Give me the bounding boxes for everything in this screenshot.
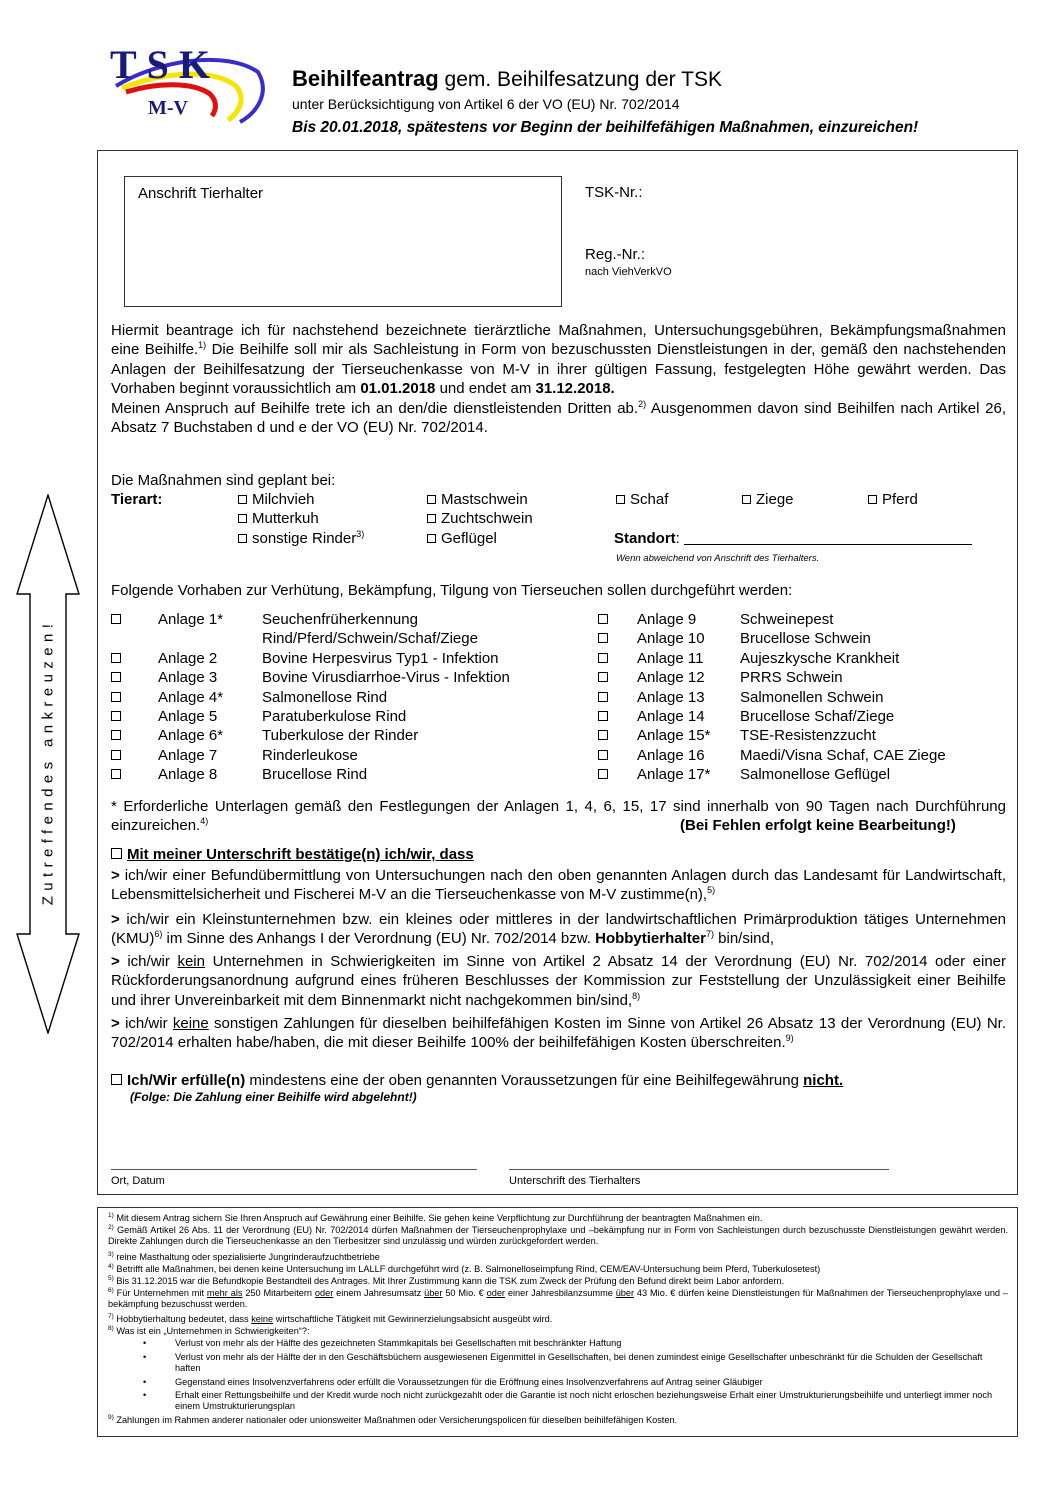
declaration-item: > ich/wir einer Befundübermittlung von U…: [111, 866, 1006, 905]
emphasis: nicht.: [803, 1072, 843, 1089]
footnote-bullet: •Erhalt einer Rettungsbeihilfe und der K…: [143, 1390, 1005, 1413]
footnote-ref: 8): [632, 991, 640, 1001]
checkbox[interactable]: [616, 495, 625, 504]
footnote-text: einem Jahresumsatz: [333, 1288, 424, 1298]
measure-name: Anlage 4*: [158, 688, 223, 707]
bullet-text: Verlust von mehr als der Hälfte der in d…: [175, 1352, 1005, 1375]
declaration-text: im Sinne des Anhangs I der Verordnung (E…: [162, 930, 595, 947]
footnote-text: 50 Mio. €: [442, 1288, 486, 1298]
footnote-ref: 2): [638, 399, 646, 409]
measure-description: Salmonellose Rind: [262, 688, 387, 707]
measure-name: Anlage 11: [637, 649, 703, 668]
title-rest: gem. Beihilfesatzung der TSK: [439, 68, 722, 91]
footnote-ref: 3): [356, 529, 364, 539]
footnote-ref: 9): [786, 1033, 794, 1043]
animal-option-sonstige-rinder[interactable]: sonstige Rinder3): [238, 530, 364, 547]
end-date: 31.12.2018.: [535, 380, 614, 397]
measure-option[interactable]: Anlage 10Brucellose Schwein: [598, 629, 613, 648]
footnote-text: Zahlungen im Rahmen anderer nationaler o…: [114, 1415, 677, 1425]
start-date: 01.01.2018: [360, 380, 435, 397]
animal-label: Ziege: [756, 491, 794, 508]
measure-option[interactable]: Anlage 2Bovine Herpesvirus Typ1 - Infekt…: [111, 649, 126, 668]
footnote-bullet: •Verlust von mehr als der Hälfte der in …: [143, 1352, 1005, 1375]
animal-label: Milchvieh: [252, 491, 315, 508]
checkbox[interactable]: [598, 711, 608, 721]
hobbytierhalter-term: Hobbytierhalter: [595, 930, 706, 947]
emphasis: keine: [251, 1314, 273, 1324]
measure-description: Paratuberkulose Rind: [262, 707, 406, 726]
declaration-text: Unternehmen in Schwierigkeiten im Sinne …: [111, 953, 1006, 1009]
bullet-marker: >: [111, 953, 120, 970]
emphasis: oder: [487, 1288, 505, 1298]
measures-intro: Folgende Vorhaben zur Verhütung, Bekämpf…: [111, 582, 792, 599]
checkbox[interactable]: [598, 672, 608, 682]
standort-label: Standort: [614, 530, 676, 547]
bullet-icon: •: [143, 1377, 146, 1388]
emphasis: keine: [173, 1015, 209, 1032]
footnote-text: Gemäß Artikel 26 Abs. 11 der Verordnung …: [108, 1225, 1008, 1246]
animal-option-mutterkuh[interactable]: Mutterkuh: [238, 510, 319, 527]
footnote-text: Was ist ein „Unternehmen in Schwierigkei…: [114, 1326, 310, 1336]
bullet-marker: >: [111, 1015, 120, 1032]
measure-description: Brucellose Schaf/Ziege: [740, 707, 894, 726]
footnote-ref: 4): [200, 816, 208, 826]
animal-label: Pferd: [882, 491, 918, 508]
measure-name: Anlage 7: [158, 746, 217, 765]
declaration-item: > ich/wir kein Unternehmen in Schwierigk…: [111, 952, 1006, 1010]
bullet-marker: >: [111, 867, 120, 884]
measure-description: PRRS Schwein: [740, 668, 843, 687]
checkbox[interactable]: [598, 730, 608, 740]
footnote-2: 2) Gemäß Artikel 26 Abs. 11 der Verordnu…: [108, 1225, 1008, 1248]
footnote-ref: 5): [707, 885, 715, 895]
measure-name: Anlage 13: [637, 688, 705, 707]
checkbox[interactable]: [238, 534, 247, 543]
emphasis: über: [616, 1288, 634, 1298]
footnote-3: 3) reine Masthaltung oder spezialisierte…: [108, 1252, 1008, 1263]
animal-label: Mutterkuh: [252, 510, 319, 527]
intro-text: Hiermit beantrage ich für nachstehend be…: [111, 321, 1006, 437]
checkbox[interactable]: [598, 750, 608, 760]
checkbox[interactable]: [598, 769, 608, 779]
footnote-text: einer Jahresbilanzsumme: [505, 1288, 616, 1298]
measure-name: Anlage 6*: [158, 726, 223, 745]
measure-description: Bovine Herpesvirus Typ1 - Infektion: [262, 649, 499, 668]
measure-option[interactable]: Anlage 4*Salmonellose Rind: [111, 688, 126, 707]
measure-name: Anlage 3: [158, 668, 217, 687]
footnote-ref: 7): [706, 929, 714, 939]
measure-option[interactable]: Anlage 3Bovine Virusdiarrhoe-Virus - Inf…: [111, 668, 126, 687]
checkbox[interactable]: [111, 769, 121, 779]
address-label: Anschrift Tierhalter: [138, 185, 263, 202]
measure-option[interactable]: Anlage 12PRRS Schwein: [598, 668, 613, 687]
footnote-7: 7) Hobbytierhaltung bedeutet, dass keine…: [108, 1314, 1008, 1325]
checkbox[interactable]: [598, 633, 608, 643]
animal-label: Geflügel: [441, 530, 497, 547]
logo-text-mv: M-V: [148, 97, 189, 119]
measure-description: Salmonellose Geflügel: [740, 765, 890, 784]
animal-label: Mastschwein: [441, 491, 528, 508]
footnote-text: 250 Mitarbeitern: [242, 1288, 314, 1298]
checkbox[interactable]: [598, 692, 608, 702]
declaration-text: ich/wir einer Befundübermittlung von Unt…: [111, 867, 1006, 903]
bullet-icon: •: [143, 1338, 146, 1349]
signature-label: Unterschrift des Tierhalters: [509, 1175, 640, 1187]
emphasis: über: [424, 1288, 442, 1298]
animal-option-pferd[interactable]: Pferd: [868, 491, 918, 508]
declaration-text: ich/wir: [120, 953, 178, 970]
checkbox[interactable]: [111, 750, 121, 760]
measure-description: Brucellose Schwein: [740, 629, 871, 648]
measure-description: Schweinepest: [740, 610, 833, 629]
measure-description: Aujeszkysche Krankheit: [740, 649, 899, 668]
required-documents-warning: (Bei Fehlen erfolgt keine Bearbeitung!): [680, 817, 956, 834]
emphasis: kein: [177, 953, 205, 970]
confirmation-heading: Mit meiner Unterschrift bestätige(n) ich…: [127, 846, 474, 863]
place-date-label: Ort, Datum: [111, 1175, 165, 1187]
measure-name: Anlage 16: [637, 746, 705, 765]
measure-option[interactable]: Anlage 6*Tuberkulose der Rinder: [111, 726, 126, 745]
intro-p1-c: und endet am: [435, 380, 535, 397]
checkbox[interactable]: [427, 534, 436, 543]
measure-option[interactable]: Anlage 1*Seuchenfrüherkennung: [111, 610, 126, 629]
measure-description: Seuchenfrüherkennung: [262, 610, 418, 629]
animal-option-mastschwein[interactable]: Mastschwein: [427, 491, 528, 508]
checkbox[interactable]: [111, 848, 122, 859]
declaration-item: > ich/wir ein Kleinstunternehmen bzw. ei…: [111, 910, 1006, 949]
footnote-text: Für Unternehmen mit: [114, 1288, 207, 1298]
measure-name: Anlage 8: [158, 765, 217, 784]
standort-field[interactable]: Standort:: [614, 530, 972, 547]
footnote-text: Bis 31.12.2015 war die Befundkopie Besta…: [114, 1276, 784, 1286]
declaration-text: ich/wir: [120, 1015, 173, 1032]
tsk-nr-field[interactable]: TSK-Nr.:: [585, 184, 643, 201]
standort-hint: Wenn abweichend von Anschrift des Tierha…: [616, 553, 819, 564]
measure-name: Anlage 14: [637, 707, 705, 726]
animal-option-milchvieh[interactable]: Milchvieh: [238, 491, 315, 508]
checkbox[interactable]: [598, 614, 608, 624]
reg-nr-field[interactable]: Reg.-Nr.:: [585, 246, 645, 263]
bullet-text: Gegenstand eines Insolvenzverfahrens ode…: [175, 1377, 1005, 1388]
checkbox[interactable]: [111, 672, 121, 682]
tierart-label: Tierart:: [111, 491, 162, 508]
checkbox[interactable]: [111, 692, 121, 702]
checkbox[interactable]: [238, 495, 247, 504]
measure-name: Anlage 1*: [158, 610, 223, 629]
measure-name: Anlage 17*: [637, 765, 710, 784]
consequence-note: (Folge: Die Zahlung einer Beihilfe wird …: [130, 1090, 417, 1104]
declaration-text: bin/sind,: [714, 930, 774, 947]
measure-description: Tuberkulose der Rinder: [262, 726, 418, 745]
deadline-notice: Bis 20.01.2018, spätestens vor Beginn de…: [292, 119, 918, 137]
measure-option[interactable]: Anlage 13Salmonellen Schwein: [598, 688, 613, 707]
footnote-text: Hobbytierhaltung bedeutet, dass: [114, 1314, 251, 1324]
footnote-8: 8) Was ist ein „Unternehmen in Schwierig…: [108, 1326, 1008, 1337]
declaration-text: sonstigen Zahlungen für dieselben beihil…: [111, 1015, 1006, 1051]
animal-label: Schaf: [630, 491, 668, 508]
not-fulfilled-bold: Ich/Wir erfülle(n): [127, 1072, 245, 1089]
measure-option[interactable]: Anlage 17*Salmonellose Geflügel: [598, 765, 613, 784]
measure-description: Bovine Virusdiarrhoe-Virus - Infektion: [262, 668, 510, 687]
standort-input[interactable]: [684, 530, 972, 545]
measure-option[interactable]: Anlage 5Paratuberkulose Rind: [111, 707, 126, 726]
measure-option[interactable]: Anlage 15*TSE-Resistenzzucht: [598, 726, 613, 745]
signature-input[interactable]: [509, 1169, 889, 1170]
checkbox[interactable]: [111, 614, 121, 624]
checkbox[interactable]: [427, 495, 436, 504]
footnote-ref: 1): [198, 340, 206, 350]
measure-description: Salmonellen Schwein: [740, 688, 883, 707]
measure-option[interactable]: Anlage 14Brucellose Schaf/Ziege: [598, 707, 613, 726]
footnote-9: 9) Zahlungen im Rahmen anderer nationale…: [108, 1415, 1008, 1426]
measure-name: Anlage 15*: [637, 726, 710, 745]
not-fulfilled-option[interactable]: Ich/Wir erfülle(n) mindestens eine der o…: [111, 1072, 843, 1089]
footnote-bullet: •Gegenstand eines Insolvenzverfahrens od…: [143, 1377, 1005, 1388]
emphasis: oder: [315, 1288, 333, 1298]
checkbox[interactable]: [238, 514, 247, 523]
tsk-logo: TSK M-V: [108, 42, 268, 124]
page-title: Beihilfeantrag gem. Beihilfesatzung der …: [292, 66, 722, 92]
measure-name: Anlage 12: [637, 668, 705, 687]
title-bold: Beihilfeantrag: [292, 66, 439, 91]
measure-name: Anlage 2: [158, 649, 217, 668]
footnote-text: Mit diesem Antrag sichern Sie Ihren Ansp…: [114, 1213, 763, 1223]
measure-description: Brucellose Rind: [262, 765, 367, 784]
logo-text-tsk: TSK: [110, 42, 220, 87]
checkbox[interactable]: [111, 730, 121, 740]
measure-description: Rinderleukose: [262, 746, 358, 765]
measure-name: Anlage 10: [637, 629, 705, 648]
reg-nr-hint: nach ViehVerkVO: [585, 266, 672, 278]
animal-label: sonstige Rinder: [252, 530, 356, 547]
measure-name: Anlage 9: [637, 610, 696, 629]
checkbox[interactable]: [598, 653, 608, 663]
measure-description: Rind/Pferd/Schwein/Schaf/Ziege: [262, 629, 478, 648]
footnote-5: 5) Bis 31.12.2015 war die Befundkopie Be…: [108, 1276, 1008, 1287]
checkbox[interactable]: [111, 711, 121, 721]
animal-option-zuchtschwein[interactable]: Zuchtschwein: [427, 510, 533, 527]
footnote-1: 1) Mit diesem Antrag sichern Sie Ihren A…: [108, 1213, 1008, 1224]
declaration-item: > ich/wir keine sonstigen Zahlungen für …: [111, 1014, 1006, 1053]
checkbox[interactable]: [742, 495, 751, 504]
footnote-text: Betrifft alle Maßnahmen, bei denen keine…: [114, 1264, 820, 1274]
page-subtitle: unter Berücksichtigung von Artikel 6 der…: [292, 96, 680, 112]
measure-option[interactable]: Anlage 16Maedi/Visna Schaf, CAE Ziege: [598, 746, 613, 765]
not-fulfilled-text: mindestens eine der oben genannten Vorau…: [245, 1072, 803, 1089]
footnote-bullet: •Verlust von mehr als der Hälfte des gez…: [143, 1338, 1005, 1349]
measure-option[interactable]: Anlage 8Brucellose Rind: [111, 765, 126, 784]
measure-description: Maedi/Visna Schaf, CAE Ziege: [740, 746, 946, 765]
animal-option-schaf[interactable]: Schaf: [616, 491, 668, 508]
animal-label: Zuchtschwein: [441, 510, 533, 527]
measure-option[interactable]: Anlage 7Rinderleukose: [111, 746, 126, 765]
intro-p2-a: Meinen Anspruch auf Beihilfe trete ich a…: [111, 400, 638, 417]
checkbox[interactable]: [868, 495, 877, 504]
emphasis: mehr als: [207, 1288, 243, 1298]
side-instruction: Zutreffendes ankreuzen!: [40, 619, 57, 906]
bullet-icon: •: [143, 1390, 146, 1401]
confirmation-option[interactable]: Mit meiner Unterschrift bestätige(n) ich…: [111, 846, 474, 863]
checkbox[interactable]: [111, 653, 121, 663]
footnote-4: 4) Betrifft alle Maßnahmen, bei denen ke…: [108, 1264, 1008, 1275]
footnote-6: 6) Für Unternehmen mit mehr als 250 Mita…: [108, 1288, 1008, 1311]
place-date-input[interactable]: [111, 1169, 477, 1170]
bullet-marker: >: [111, 911, 120, 928]
measure-description: TSE-Resistenzzucht: [740, 726, 876, 745]
bullet-text: Verlust von mehr als der Hälfte des geze…: [175, 1338, 1005, 1349]
measure-name: Anlage 5: [158, 707, 217, 726]
bullet-icon: •: [143, 1352, 146, 1363]
measure-option[interactable]: Anlage 9Schweinepest: [598, 610, 613, 629]
footnote-text: wirtschaftliche Tätigkeit mit Gewinnerzi…: [273, 1314, 552, 1324]
animals-intro: Die Maßnahmen sind geplant bei:: [111, 472, 335, 489]
checkbox[interactable]: [427, 514, 436, 523]
animal-option-gefluegel[interactable]: Geflügel: [427, 530, 497, 547]
footnote-text: reine Masthaltung oder spezialisierte Ju…: [114, 1252, 380, 1262]
checkbox[interactable]: [111, 1074, 122, 1085]
bullet-text: Erhalt einer Rettungsbeihilfe und der Kr…: [175, 1390, 1005, 1413]
measure-option[interactable]: Anlage 11Aujeszkysche Krankheit: [598, 649, 613, 668]
animal-option-ziege[interactable]: Ziege: [742, 491, 794, 508]
